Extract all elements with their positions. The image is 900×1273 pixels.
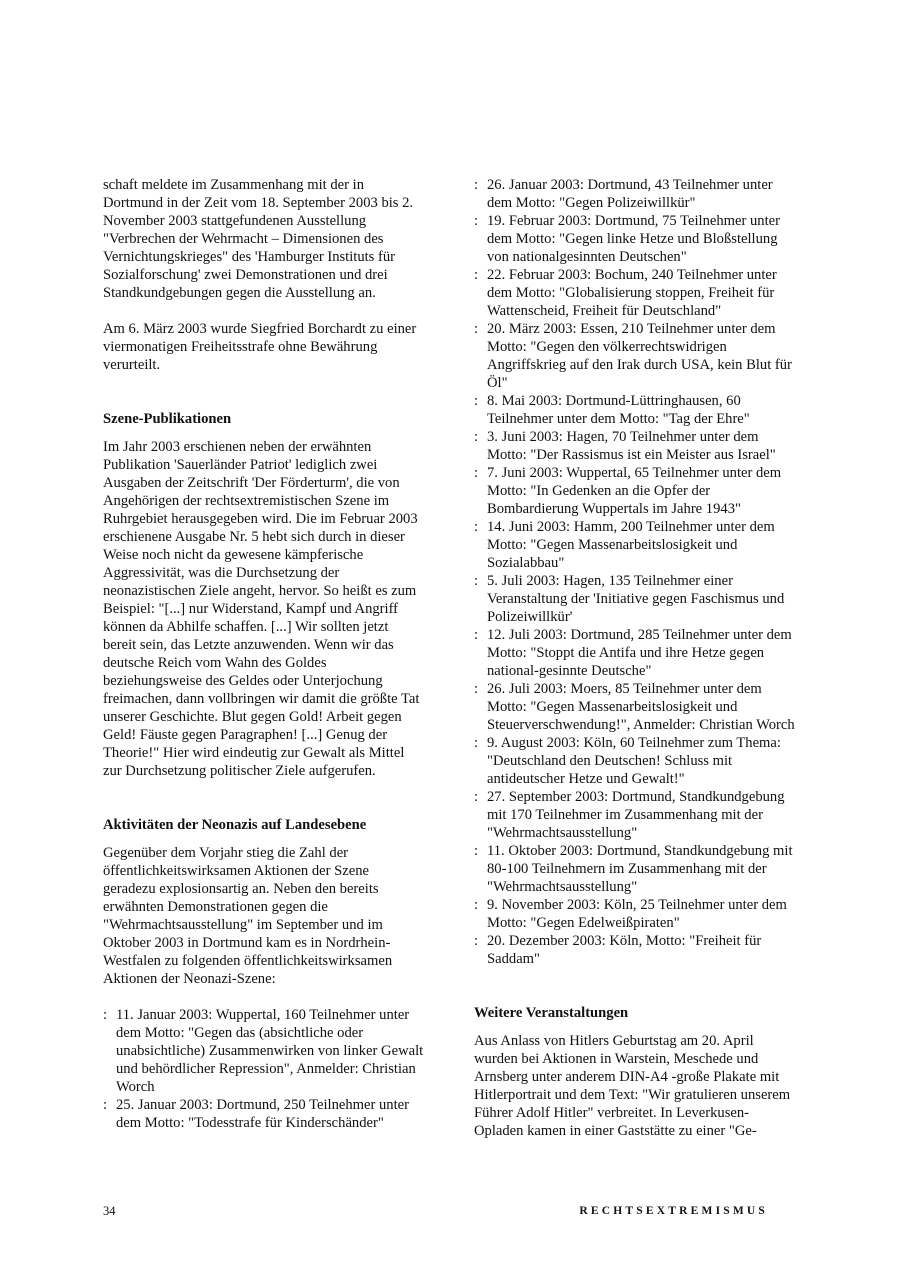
colon-bullet-icon: : <box>474 464 478 482</box>
event-text: 27. September 2003: Dortmund, Standkundg… <box>487 789 785 841</box>
event-text: 14. Juni 2003: Hamm, 200 Teilnehmer unte… <box>487 519 775 571</box>
colon-bullet-icon: : <box>474 428 478 446</box>
event-list-item: : 25. Januar 2003: Dortmund, 250 Teilneh… <box>103 1096 425 1132</box>
event-text: 26. Juli 2003: Moers, 85 Teilnehmer unte… <box>487 681 795 733</box>
event-list-item: : 11. Januar 2003: Wuppertal, 160 Teilne… <box>103 1006 425 1096</box>
right-column: :26. Januar 2003: Dortmund, 43 Teilnehme… <box>474 176 796 1158</box>
verdict-paragraph: Am 6. März 2003 wurde Siegfried Borchard… <box>103 320 425 374</box>
colon-bullet-icon: : <box>474 932 478 950</box>
colon-bullet-icon: : <box>474 176 478 194</box>
intro-paragraph: schaft meldete im Zusammenhang mit der i… <box>103 176 425 302</box>
colon-bullet-icon: : <box>103 1006 107 1024</box>
event-text: 22. Februar 2003: Bochum, 240 Teilnehmer… <box>487 267 777 319</box>
event-list-item: :7. Juni 2003: Wuppertal, 65 Teilnehmer … <box>474 464 796 518</box>
event-text: 3. Juni 2003: Hagen, 70 Teilnehmer unter… <box>487 429 776 463</box>
colon-bullet-icon: : <box>474 266 478 284</box>
event-text: 20. März 2003: Essen, 210 Teilnehmer unt… <box>487 321 792 391</box>
event-list-item: :27. September 2003: Dortmund, Standkund… <box>474 788 796 842</box>
colon-bullet-icon: : <box>474 518 478 536</box>
colon-bullet-icon: : <box>474 572 478 590</box>
event-list-item: :26. Juli 2003: Moers, 85 Teilnehmer unt… <box>474 680 796 734</box>
event-list-item: :20. März 2003: Essen, 210 Teilnehmer un… <box>474 320 796 392</box>
event-list-item: :22. Februar 2003: Bochum, 240 Teilnehme… <box>474 266 796 320</box>
event-text: 9. August 2003: Köln, 60 Teilnehmer zum … <box>487 735 781 787</box>
event-list-item: :11. Oktober 2003: Dortmund, Standkundge… <box>474 842 796 896</box>
section-heading-activities: Aktivitäten der Neonazis auf Landesebene <box>103 816 425 834</box>
event-list-item: :12. Juli 2003: Dortmund, 285 Teilnehmer… <box>474 626 796 680</box>
event-text: 19. Februar 2003: Dortmund, 75 Teilnehme… <box>487 213 780 265</box>
event-list-item: :19. Februar 2003: Dortmund, 75 Teilnehm… <box>474 212 796 266</box>
event-text: 11. Oktober 2003: Dortmund, Standkundgeb… <box>487 843 793 895</box>
colon-bullet-icon: : <box>474 626 478 644</box>
section-heading-publications: Szene-Publikationen <box>103 410 425 428</box>
colon-bullet-icon: : <box>474 320 478 338</box>
event-list-left: : 11. Januar 2003: Wuppertal, 160 Teilne… <box>103 1006 425 1132</box>
event-text: 5. Juli 2003: Hagen, 135 Teilnehmer eine… <box>487 573 784 625</box>
running-title: RECHTSEXTREMISMUS <box>579 1203 768 1219</box>
colon-bullet-icon: : <box>474 896 478 914</box>
publications-paragraph: Im Jahr 2003 erschienen neben der erwähn… <box>103 438 425 780</box>
event-list-item: :5. Juli 2003: Hagen, 135 Teilnehmer ein… <box>474 572 796 626</box>
event-list-item: :20. Dezember 2003: Köln, Motto: "Freihe… <box>474 932 796 968</box>
event-list-item: :14. Juni 2003: Hamm, 200 Teilnehmer unt… <box>474 518 796 572</box>
event-list-item: :26. Januar 2003: Dortmund, 43 Teilnehme… <box>474 176 796 212</box>
page-number: 34 <box>103 1203 116 1219</box>
left-column: schaft meldete im Zusammenhang mit der i… <box>103 176 425 1132</box>
event-text: 8. Mai 2003: Dortmund-Lüttringhausen, 60… <box>487 393 750 427</box>
colon-bullet-icon: : <box>474 788 478 806</box>
event-text: 20. Dezember 2003: Köln, Motto: "Freihei… <box>487 933 761 967</box>
event-text: 9. November 2003: Köln, 25 Teilnehmer un… <box>487 897 787 931</box>
colon-bullet-icon: : <box>474 842 478 860</box>
event-list-right: :26. Januar 2003: Dortmund, 43 Teilnehme… <box>474 176 796 968</box>
event-list-item: :9. November 2003: Köln, 25 Teilnehmer u… <box>474 896 796 932</box>
event-list-item: :3. Juni 2003: Hagen, 70 Teilnehmer unte… <box>474 428 796 464</box>
colon-bullet-icon: : <box>474 734 478 752</box>
event-text: 11. Januar 2003: Wuppertal, 160 Teilnehm… <box>116 1007 423 1095</box>
further-events-paragraph: Aus Anlass von Hitlers Geburtstag am 20.… <box>474 1032 796 1140</box>
event-text: 25. Januar 2003: Dortmund, 250 Teilnehme… <box>116 1097 409 1131</box>
event-text: 7. Juni 2003: Wuppertal, 65 Teilnehmer u… <box>487 465 781 517</box>
colon-bullet-icon: : <box>474 392 478 410</box>
activities-paragraph: Gegenüber dem Vorjahr stieg die Zahl der… <box>103 844 425 988</box>
colon-bullet-icon: : <box>474 212 478 230</box>
event-list-item: :8. Mai 2003: Dortmund-Lüttringhausen, 6… <box>474 392 796 428</box>
event-text: 12. Juli 2003: Dortmund, 285 Teilnehmer … <box>487 627 792 679</box>
event-list-item: :9. August 2003: Köln, 60 Teilnehmer zum… <box>474 734 796 788</box>
colon-bullet-icon: : <box>103 1096 107 1114</box>
event-text: 26. Januar 2003: Dortmund, 43 Teilnehmer… <box>487 177 773 211</box>
colon-bullet-icon: : <box>474 680 478 698</box>
section-heading-further-events: Weitere Veranstaltungen <box>474 1004 796 1022</box>
